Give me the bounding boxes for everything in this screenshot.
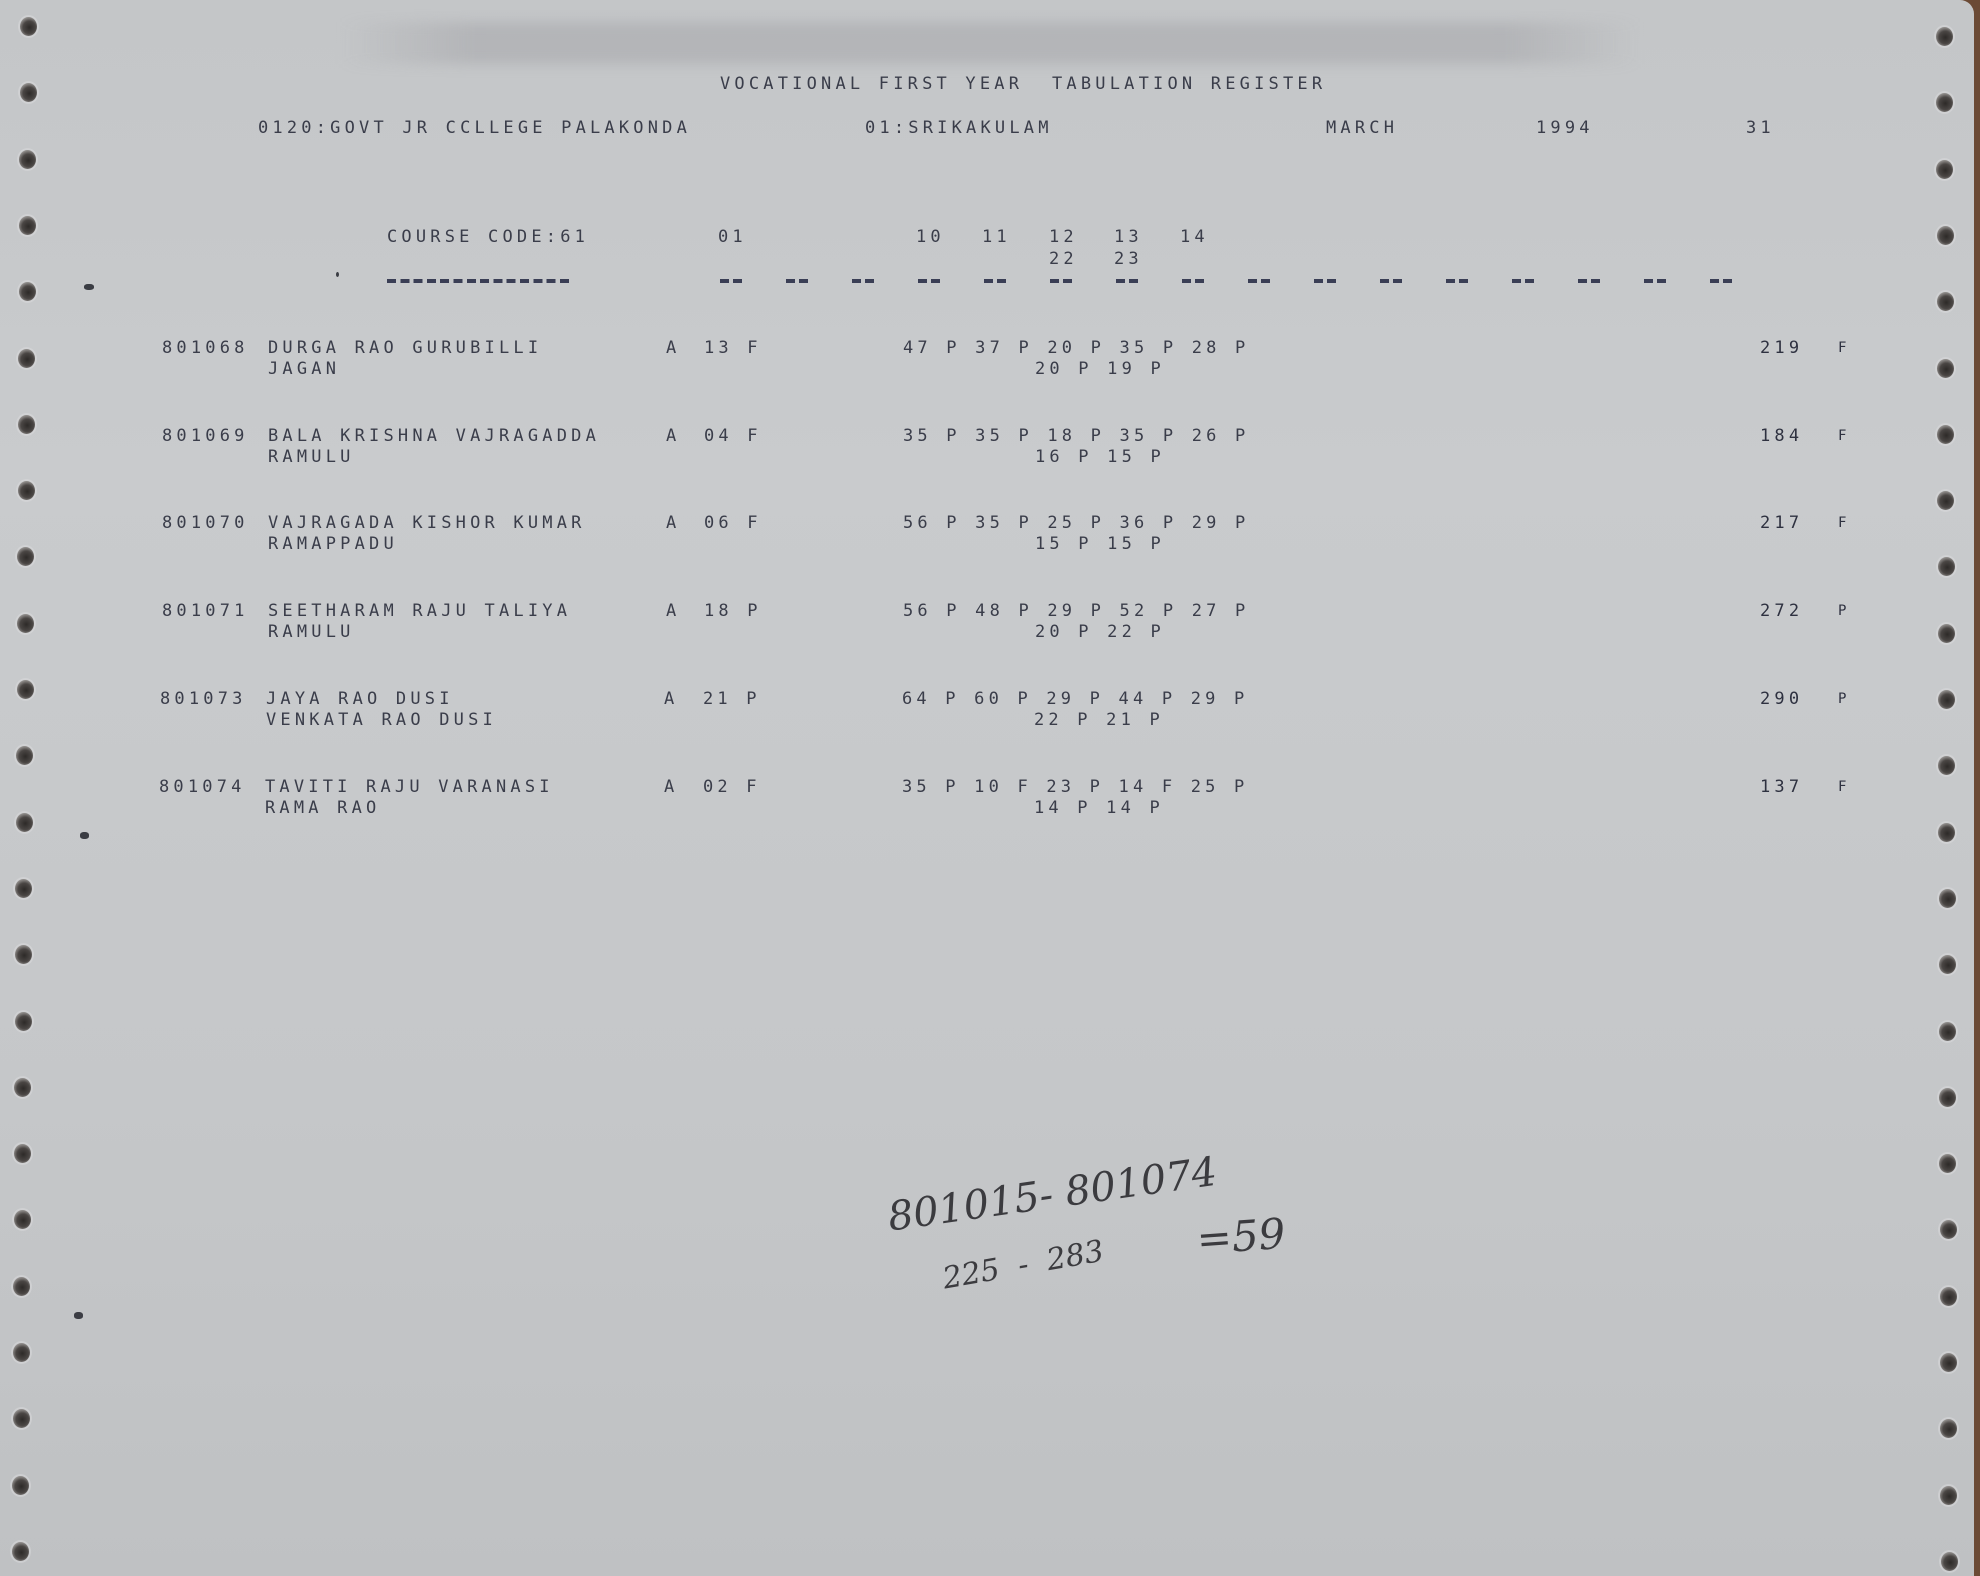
student-name: TAVITI RAJU VARANASI (265, 777, 554, 797)
subject-marks: 35 P 10 F 23 P 14 F 25 P (902, 777, 1248, 797)
page-number: 31 (1746, 118, 1775, 138)
sprocket-hole-icon (15, 1012, 32, 1031)
register-number: 801074 (159, 777, 246, 797)
printout-sheet: VOCATIONAL FIRST YEAR TABULATION REGISTE… (0, 0, 1974, 1576)
column-dash (720, 279, 742, 283)
sprocket-hole-icon (1941, 1552, 1958, 1571)
sprocket-hole-icon (14, 1078, 31, 1097)
subject-marks: 56 P 35 P 25 P 36 P 29 P (903, 513, 1249, 533)
result-status: P (1838, 601, 1851, 621)
column-dash (1578, 279, 1600, 283)
parent-name: RAMAPPADU (268, 534, 398, 554)
subject-code-11: 11 (982, 227, 1011, 247)
punch-mark (80, 832, 89, 839)
total-marks: 137 (1760, 777, 1803, 797)
exam-year: 1994 (1536, 118, 1594, 138)
course-underline (387, 279, 573, 283)
column-dash (1644, 279, 1666, 283)
subject-marks: 47 P 37 P 20 P 35 P 28 P (903, 338, 1249, 358)
sprocket-hole-icon (1937, 491, 1954, 510)
sprocket-hole-icon (18, 415, 35, 434)
lang-status: A (666, 601, 680, 621)
sprocket-hole-icon (14, 1144, 31, 1163)
sprocket-hole-icon (1937, 226, 1954, 245)
sprocket-hole-icon (1940, 1419, 1957, 1438)
sprocket-hole-icon (16, 746, 33, 765)
sprocket-hole-icon (15, 879, 32, 898)
column-dash (1710, 279, 1732, 283)
subject-marks-line2: 20 P 19 P (1035, 359, 1165, 379)
lang-status: A (666, 338, 680, 358)
punch-mark (84, 284, 94, 290)
sprocket-hole-icon (20, 83, 37, 102)
register-number: 801073 (160, 689, 247, 709)
total-marks: 290 (1760, 689, 1803, 709)
college-name: 0120:GOVT JR CCLLEGE PALAKONDA (258, 118, 691, 138)
part1-mark: 21 P (703, 689, 761, 709)
column-dash (1512, 279, 1534, 283)
sprocket-hole-icon (1938, 756, 1955, 775)
sprocket-hole-icon (13, 1409, 30, 1428)
parent-name: JAGAN (268, 359, 340, 379)
bleed-through-header (340, 22, 1640, 64)
column-dash (1380, 279, 1402, 283)
result-status: P (1838, 689, 1851, 709)
part1-mark: 02 F (703, 777, 761, 797)
sprocket-hole-icon (17, 547, 34, 566)
column-dash (1248, 279, 1270, 283)
subject-code-12: 12 (1049, 227, 1078, 247)
district-name: 01:SRIKAKULAM (865, 118, 1053, 138)
subject-marks-line2: 20 P 22 P (1035, 622, 1165, 642)
parent-name: VENKATA RAO DUSI (266, 710, 497, 730)
sprocket-hole-icon (19, 150, 36, 169)
subject-marks-line2: 22 P 21 P (1034, 710, 1164, 730)
subject-marks: 35 P 35 P 18 P 35 P 26 P (903, 426, 1249, 446)
register-number: 801069 (162, 426, 249, 446)
lang-status: A (666, 426, 680, 446)
student-name: DURGA RAO GURUBILLI (268, 338, 542, 358)
part1-mark: 18 P (704, 601, 762, 621)
subject-code-22: 22 (1049, 249, 1078, 269)
result-status: F (1838, 426, 1851, 446)
sprocket-hole-icon (1938, 624, 1955, 643)
subject-marks-line2: 16 P 15 P (1035, 447, 1165, 467)
part1-mark: 13 F (704, 338, 762, 358)
sprocket-hole-icon (12, 1476, 29, 1495)
column-dash (786, 279, 808, 283)
handwritten-count: =59 (1195, 1209, 1287, 1264)
sprocket-hole-icon (1936, 93, 1953, 112)
total-marks: 272 (1760, 601, 1803, 621)
handwritten-serial-range: 225 - 283 (940, 1234, 1106, 1297)
sprocket-hole-icon (16, 813, 33, 832)
column-dash (1314, 279, 1336, 283)
sprocket-hole-icon (1938, 557, 1955, 576)
result-status: F (1838, 338, 1851, 358)
parent-name: RAMA RAO (265, 798, 380, 818)
column-dash (918, 279, 940, 283)
subject-code-14: 14 (1180, 227, 1209, 247)
sprocket-hole-icon (1939, 1022, 1956, 1041)
sprocket-hole-icon (17, 614, 34, 633)
result-status: F (1838, 777, 1851, 797)
student-name: JAYA RAO DUSI (266, 689, 454, 709)
subject-marks-line2: 14 P 14 P (1034, 798, 1164, 818)
sprocket-hole-icon (19, 282, 36, 301)
column-dash (1182, 279, 1204, 283)
sprocket-hole-icon (14, 1210, 31, 1229)
sprocket-hole-icon (19, 216, 36, 235)
column-dash (1050, 279, 1072, 283)
column-dash (1446, 279, 1468, 283)
column-dash (984, 279, 1006, 283)
parent-name: RAMULU (268, 622, 355, 642)
result-status: F (1838, 513, 1851, 533)
total-marks: 219 (1760, 338, 1803, 358)
sprocket-hole-icon (15, 945, 32, 964)
sprocket-hole-icon (17, 680, 34, 699)
register-number: 801068 (162, 338, 249, 358)
sprocket-hole-icon (20, 17, 37, 36)
sprocket-hole-icon (1939, 1154, 1956, 1173)
sprocket-hole-icon (1939, 955, 1956, 974)
part1-mark: 04 F (704, 426, 762, 446)
report-title: VOCATIONAL FIRST YEAR TABULATION REGISTE… (720, 74, 1326, 94)
lang-status: A (664, 689, 678, 709)
sprocket-hole-icon (1936, 160, 1953, 179)
sprocket-hole-icon (13, 1343, 30, 1362)
subject-code-10: 10 (916, 227, 945, 247)
sprocket-hole-icon (1936, 27, 1953, 46)
student-name: SEETHARAM RAJU TALIYA (268, 601, 571, 621)
sprocket-hole-icon (1940, 1287, 1957, 1306)
sprocket-hole-icon (12, 1542, 29, 1561)
sprocket-hole-icon (1939, 1088, 1956, 1107)
subject-marks: 56 P 48 P 29 P 52 P 27 P (903, 601, 1249, 621)
subject-code-23: 23 (1114, 249, 1143, 269)
course-code-label: COURSE CODE:61 (387, 227, 589, 247)
register-number: 801070 (162, 513, 249, 533)
column-dash (852, 279, 874, 283)
sprocket-hole-icon (18, 349, 35, 368)
student-name: VAJRAGADA KISHOR KUMAR (268, 513, 586, 533)
student-name: BALA KRISHNA VAJRAGADDA (268, 426, 600, 446)
sprocket-hole-icon (1939, 889, 1956, 908)
subject-marks-line2: 15 P 15 P (1035, 534, 1165, 554)
parent-name: RAMULU (268, 447, 355, 467)
exam-month: MARCH (1326, 118, 1398, 138)
sprocket-hole-icon (1938, 823, 1955, 842)
punch-mark (74, 1312, 83, 1319)
sprocket-hole-icon (1937, 359, 1954, 378)
lang-status: A (666, 513, 680, 533)
ink-speck (336, 272, 339, 277)
sprocket-hole-icon (1940, 1220, 1957, 1239)
sprocket-hole-icon (1937, 425, 1954, 444)
total-marks: 184 (1760, 426, 1803, 446)
sprocket-hole-icon (18, 481, 35, 500)
part1-mark: 06 F (704, 513, 762, 533)
sprocket-hole-icon (1940, 1353, 1957, 1372)
sprocket-hole-icon (1938, 690, 1955, 709)
handwritten-range: 801015- 801074 (885, 1149, 1220, 1241)
sprocket-hole-icon (1940, 1486, 1957, 1505)
sprocket-hole-icon (1937, 292, 1954, 311)
sprocket-hole-icon (13, 1277, 30, 1296)
total-marks: 217 (1760, 513, 1803, 533)
subject-code-01: 01 (718, 227, 747, 247)
subject-code-13: 13 (1114, 227, 1143, 247)
register-number: 801071 (162, 601, 249, 621)
lang-status: A (664, 777, 678, 797)
subject-marks: 64 P 60 P 29 P 44 P 29 P (902, 689, 1248, 709)
column-dash (1116, 279, 1138, 283)
